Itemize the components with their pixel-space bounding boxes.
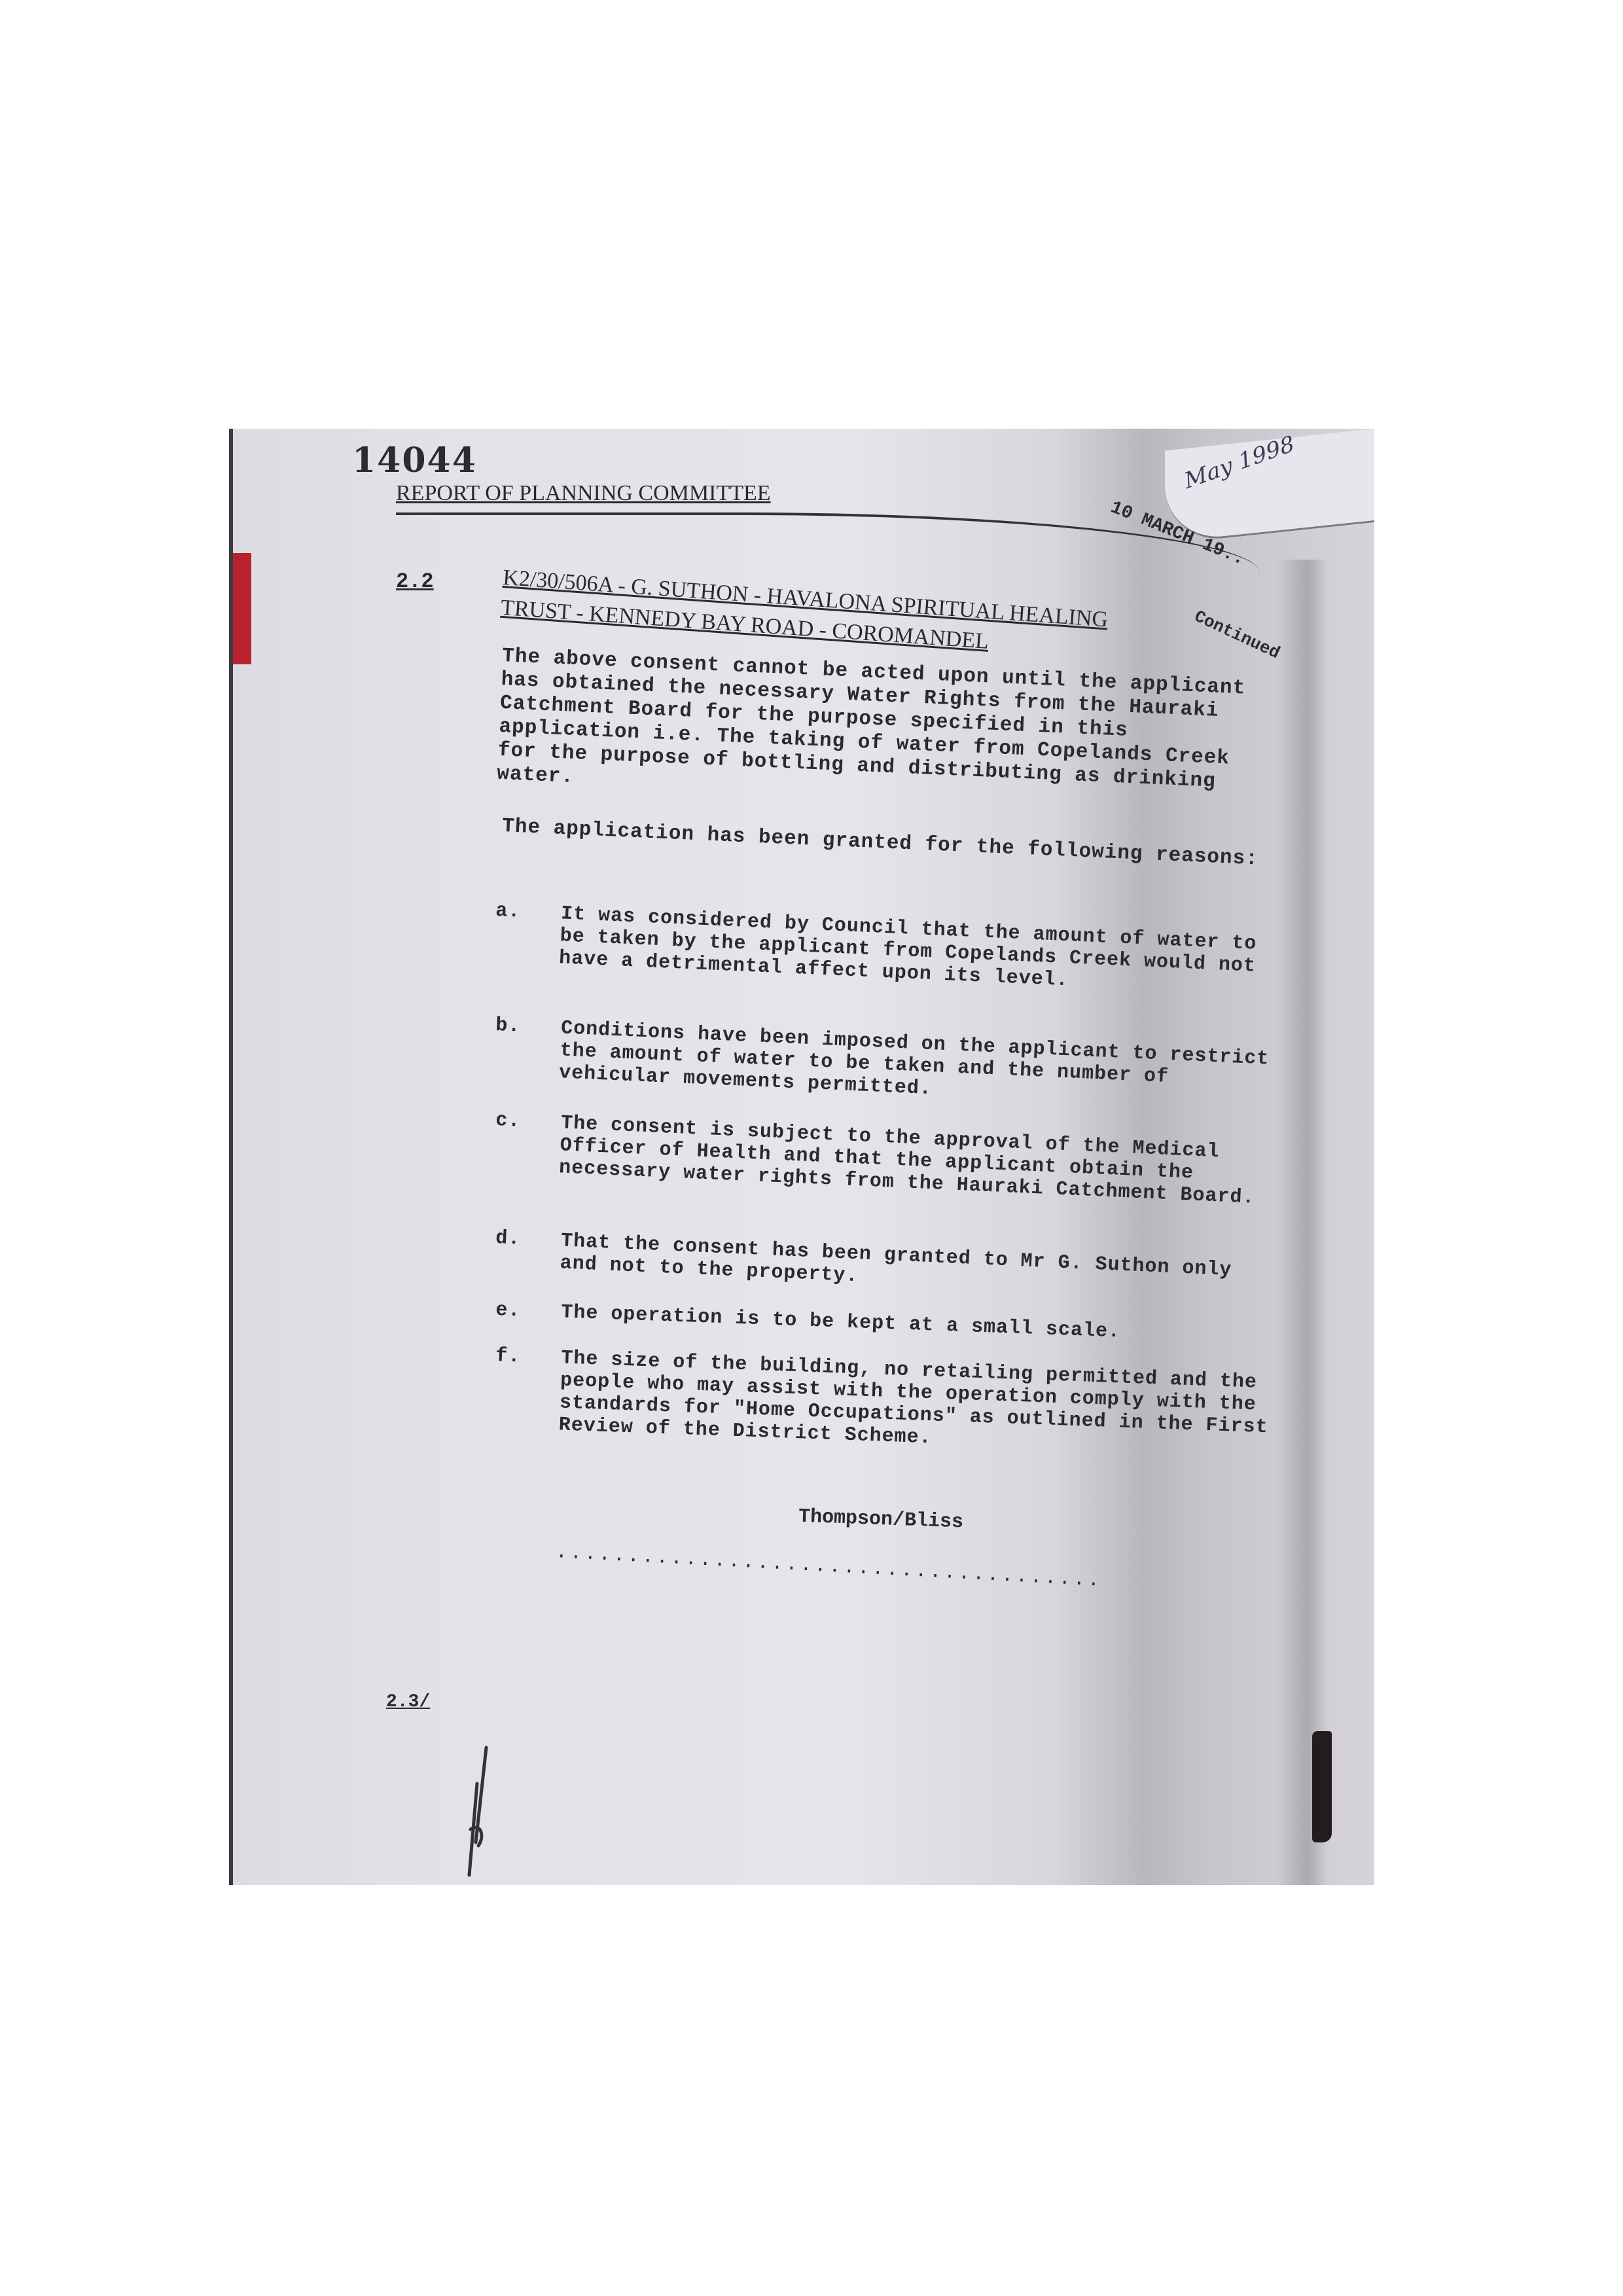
- paragraph-consent-condition: The above consent cannot be acted upon u…: [497, 645, 1274, 819]
- signoff-names: Thompson/Bliss: [798, 1506, 963, 1534]
- report-header: REPORT OF PLANNING COMMITTEE: [396, 481, 771, 506]
- list-item: b. Conditions have been imposed on the a…: [493, 1014, 1274, 1115]
- list-item: c. The consent is subject to the approva…: [493, 1109, 1274, 1210]
- document-photo: May 1998 14044 REPORT OF PLANNING COMMIT…: [229, 429, 1374, 1885]
- list-item: e. The operation is to be kept at a smal…: [495, 1299, 1274, 1349]
- report-page: 14044 REPORT OF PLANNING COMMITTEE 10 MA…: [229, 429, 1289, 1885]
- doc-number: 14044: [352, 440, 477, 480]
- list-item: d. That the consent has been granted to …: [494, 1227, 1274, 1306]
- list-item: f. The size of the building, no retailin…: [493, 1345, 1274, 1461]
- next-section-marker: 2.3/: [386, 1692, 430, 1712]
- section-number: 2.2: [396, 569, 434, 594]
- handwritten-initials: [461, 1744, 501, 1882]
- list-item: a. It was considered by Council that the…: [493, 900, 1274, 1001]
- dotted-rule: ......................................: [555, 1541, 1103, 1592]
- paragraph-reasons-intro: The application has been granted for the…: [501, 815, 1274, 872]
- binder-clip: [1312, 1731, 1332, 1842]
